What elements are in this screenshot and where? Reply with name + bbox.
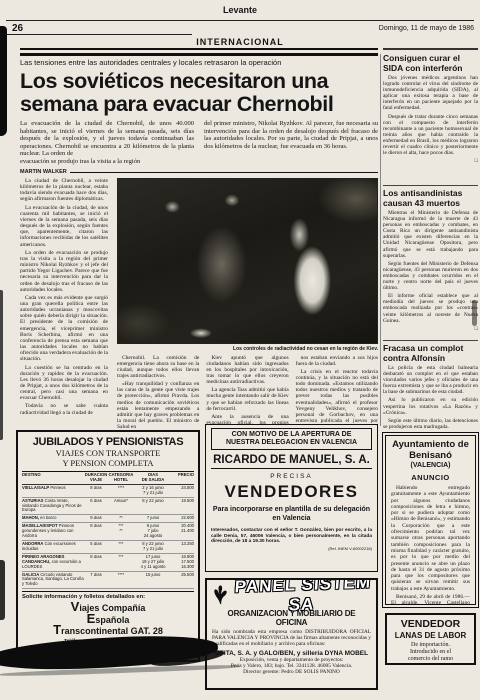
price: 24.500 [172, 486, 194, 496]
manager-line: Director gerente: Pedro DE SOLIS PANINO [212, 669, 371, 675]
header-rule [6, 20, 474, 21]
paragraph: La orden de evacuación se produjo tras l… [20, 250, 108, 293]
duration: 7 días [84, 573, 108, 588]
paragraph: nos estaban enviando a sus hijos fuera d… [296, 355, 378, 367]
end-mark: □ [475, 158, 478, 164]
sidebar-headline: Los antisandinistas causan 43 muertos [383, 189, 478, 208]
paragraph: El informe oficial establece que al medi… [383, 293, 478, 323]
news-photo [117, 178, 378, 344]
ad-body: Ha sido nombrada esta empresa como DISTR… [212, 629, 371, 648]
table-row: ANDORRA Con excursiones incluidas 5 días… [22, 541, 194, 554]
hotel-category: **** [108, 573, 134, 588]
table-row: PIRINEO ARAGONES CANDANCHU, con excursió… [22, 554, 194, 572]
ad-province: (VALENCIA) [391, 462, 470, 469]
sidebar-article-antisandinistas: Los antisandinistas causan 43 muertos Mi… [383, 188, 478, 336]
paragraph: Dos jóvenes médicos argentinos han logra… [383, 75, 478, 112]
article-body: La ciudad de Chernobil, a veinte kilómet… [20, 178, 378, 442]
paragraph: Todavía no se sabe cuánta radiactividad … [20, 403, 108, 415]
paragraph: Chernobil. La comisión de emergencia tie… [117, 355, 199, 380]
job-title: VENDEDORES [211, 482, 372, 502]
duration: 5 días [84, 542, 108, 552]
departure-dates: 2 y 16 junio 7 y 21 julio [134, 486, 172, 496]
departure-dates: 17 junio 19 y 27 julio 4 y 11 agosto [134, 555, 172, 570]
duration: 8 días [84, 486, 108, 496]
ad-body: Habiendo entregado gratuitamente a este … [391, 485, 470, 592]
precisa-label: PRECISA [211, 473, 372, 480]
ad-footer-note: Solicite información y folletos detallad… [22, 591, 194, 600]
destination-detail: en barco [40, 516, 56, 520]
ad-subtitle: LANAS DE LABOR [390, 631, 471, 640]
agency-line: Española [22, 614, 194, 626]
scan-artifact [0, 560, 5, 620]
price: 22.600 [172, 516, 194, 521]
sidebar-headline: Fracasa un complot contra Alfonsín [383, 344, 478, 363]
paragraph: La agencia Tass admitió que había mucha … [206, 387, 288, 412]
raffle-note: PLAZA y participe en el sorteo viaje «GR… [22, 653, 194, 659]
panel-logo-row: PANEL SISTEM SA [212, 582, 371, 608]
departure-dates: 8 y 22 junio 7 y 21 julio [134, 542, 172, 552]
main-article: Las tensiones entre las autoridades cent… [20, 53, 378, 442]
ad-opening-line: CON MOTIVO DE LA APERTURA DE NUESTRA DEL… [211, 428, 372, 450]
lead-right-column: del primer ministro, Nikolai Ryzhkov. Al… [204, 120, 378, 158]
article-kicker: Las tensiones entre las autoridades cent… [20, 53, 378, 67]
company-name: RICARDO DE MANUEL, S. A. [211, 454, 372, 469]
agency-phones: Teléfonos 3520739, 3521739 y 3524178 [22, 639, 194, 645]
sidebar-headline: Consiguen curar el SIDA con interferón [383, 54, 478, 73]
page-number: 26 [12, 23, 23, 34]
newspaper-page: Levante 26 Domingo, 11 de mayo de 1986 I… [0, 0, 480, 700]
sidebar: Consiguen curar el SIDA con interferón D… [383, 53, 478, 665]
price: 13.250 [172, 542, 194, 552]
ad-body: De importación. Introducido en el comerc… [390, 642, 471, 662]
article-headline: Los soviéticos necesitaron una semana pa… [20, 70, 378, 116]
price: 25.500 [172, 573, 194, 588]
duration: 6 días [84, 499, 108, 514]
departure-dates: 15 junio [134, 573, 172, 588]
agency-line: Transcontinental GAT. 28 [22, 625, 194, 637]
hotel-category: *** [108, 542, 134, 552]
scan-artifact [0, 664, 240, 677]
sidebar-rule [383, 185, 478, 186]
hotel-category: **** [108, 486, 134, 496]
paragraph: Mientras el Ministerio de Defensa de Nic… [383, 210, 478, 259]
departure-dates: 7 junio [134, 516, 172, 521]
duration: 9 días [84, 516, 108, 521]
article-column-1: La ciudad de Chernobil, a veinte kilómet… [20, 178, 108, 442]
ad-anuncio-label: ANUNCIO [391, 473, 470, 482]
table-row: MASELLA/ESPOT Pirineos gerundenses y ler… [22, 523, 194, 541]
agency-name: Viajes Compañía Española Transcontinenta… [22, 602, 194, 637]
ad-signature: Benisanó, 29 de abril de 1986.—El alcald… [391, 594, 470, 605]
ad-title: JUBILADOS Y PENSIONISTAS [22, 436, 194, 448]
sidebar-top-rule [383, 48, 478, 50]
article-lead: La evacuación de la ciudad de Chernobil,… [20, 120, 378, 158]
paragraph: La evacuación de la ciudad, de unos cuar… [20, 205, 108, 248]
departure-dates: 8 y 22 junio [134, 499, 172, 514]
column-divider [380, 54, 381, 426]
col-header: DURACION VIAJE [84, 473, 108, 483]
col-header: PRECIO [172, 473, 194, 483]
hotel-category: ** [108, 516, 134, 521]
sidebar-article-alfonsin: Fracasa un complot contra Alfonsín La po… [383, 343, 478, 429]
paragraph: Según este último diario, las detencione… [383, 418, 478, 429]
ad-panel-sistem: PANEL SISTEM SA ORGANIZACION Y MOBILIARI… [205, 578, 378, 690]
scan-artifact [0, 290, 3, 440]
paragraph: La policía de esta ciudad balnearia desb… [383, 365, 478, 395]
firms-line: OFITA, S. A. y GALO/BEN, y sillería DYNA… [212, 650, 371, 657]
hotel-category: Amaur* [108, 499, 134, 514]
table-row: MAHON, en barco 9 días ** 7 junio 22.600 [22, 515, 194, 523]
ad-subtitle: VIAJES CON TRANSPORTE Y PENSION COMPLETA [22, 449, 194, 468]
masthead: Levante [0, 5, 480, 15]
photo-caption: Los controles de radiactividad no cesan … [117, 346, 378, 352]
hotel-category: *** [108, 555, 134, 570]
table-header-row: DESTINO DURACION VIAJE CATEGORIA HOTEL D… [22, 472, 194, 485]
paragraph: La ciudad de Chernobil, a veinte kilómet… [20, 178, 108, 203]
sidebar-article-sida: Consiguen curar el SIDA con interferón D… [383, 53, 478, 181]
panel-logo-icon [212, 583, 229, 607]
sidebar-rule [383, 340, 478, 341]
ad-title: Ayuntamiento de Benisanó [391, 440, 470, 461]
agency-line: Viajes Compañía [22, 602, 194, 614]
company-name: PANEL SISTEM SA [231, 578, 373, 617]
col-header: DESTINO [22, 473, 84, 483]
article-column-2: Chernobil. La comisión de emergencia tie… [117, 355, 199, 443]
ad-jubilados-viajes: JUBILADOS Y PENSIONISTAS VIAJES CON TRAN… [16, 430, 200, 662]
price: 16.800 17.500 16.300 [172, 555, 194, 570]
departure-dates: 6 junio 7 julio 24 agosto [134, 524, 172, 539]
paragraph: Kiev apuntó que algunos ciudadanos había… [206, 355, 288, 386]
ad-ayuntamiento-benisano: Ayuntamiento de Benisanó (VALENCIA) ANUN… [385, 435, 476, 605]
col-header: CATEGORIA HOTEL [108, 473, 134, 483]
contact-details: Interesados, contactar con el señor T. G… [211, 528, 372, 545]
photo-zone: Los controles de radiactividad no cesan … [117, 178, 378, 442]
ad-title: VENDEDOR [390, 618, 471, 630]
duration: 8 días [84, 555, 108, 570]
byline: MARTIN WALKER [20, 169, 378, 175]
paragraph: La cuestión se ha centrado en la duració… [20, 365, 108, 402]
destination: MAHON, [22, 516, 39, 520]
table-row: VIELLA/SALP Pirineos 8 días **** 2 y 16 … [22, 485, 194, 498]
agency-address: Isabel la Católica, 26 - VALENCIA [22, 646, 194, 652]
paragraph: Después de tratar durante cinco semanas … [383, 114, 478, 157]
paragraph: Cada vez es más evidente que surgió una … [20, 295, 108, 363]
col-header: DIAS DE SALIDA [134, 473, 172, 483]
destination: VIELLA/SALP [22, 486, 49, 490]
reference-number: (Ref. INEM V-60002218) [211, 546, 372, 551]
ad-phone: Llamar lunes teléfono (91) 2794181 [390, 663, 471, 665]
paragraph: Así lo publicaron en su edición vesperti… [383, 397, 478, 415]
section-title: INTERNACIONAL [0, 37, 480, 47]
end-mark: □ [475, 326, 478, 332]
price: 20.400 21.400 [172, 524, 194, 539]
paragraph: Según fuentes del Ministerio de Defensa … [383, 261, 478, 291]
table-row: ASTURIAS Costa Verde, visitando Covadong… [22, 498, 194, 516]
table-row: GALICIA Circuito visitando Salamanca, Sa… [22, 572, 194, 590]
ad-vendedor-lanas: VENDEDOR LANAS DE LABOR De importación. … [385, 613, 476, 665]
job-subtitle: Para incorporarse en plantilla de su del… [211, 506, 372, 523]
ad-ricardo-de-manuel: CON MOTIVO DE LA APERTURA DE NUESTRA DEL… [205, 424, 378, 572]
lead-left-column: La evacuación de la ciudad de Chernobil,… [20, 120, 194, 158]
destination-detail: Pirineos [50, 486, 65, 490]
hotel-category: *** ** [108, 524, 134, 539]
page-number-rule [6, 34, 192, 35]
duration: 8 días [84, 524, 108, 539]
paragraph: La crisis en el reactor todavía continúa… [296, 369, 378, 431]
lead-continuation: evacuación se produjo tras la visita a l… [20, 158, 378, 166]
paragraph: «Hay tranquilidad y confianza en las car… [117, 381, 199, 430]
price: 19.500 [172, 499, 194, 514]
trips-table: DESTINO DURACION VIAJE CATEGORIA HOTEL D… [22, 471, 194, 589]
page-date: Domingo, 11 de mayo de 1986 [379, 25, 474, 32]
